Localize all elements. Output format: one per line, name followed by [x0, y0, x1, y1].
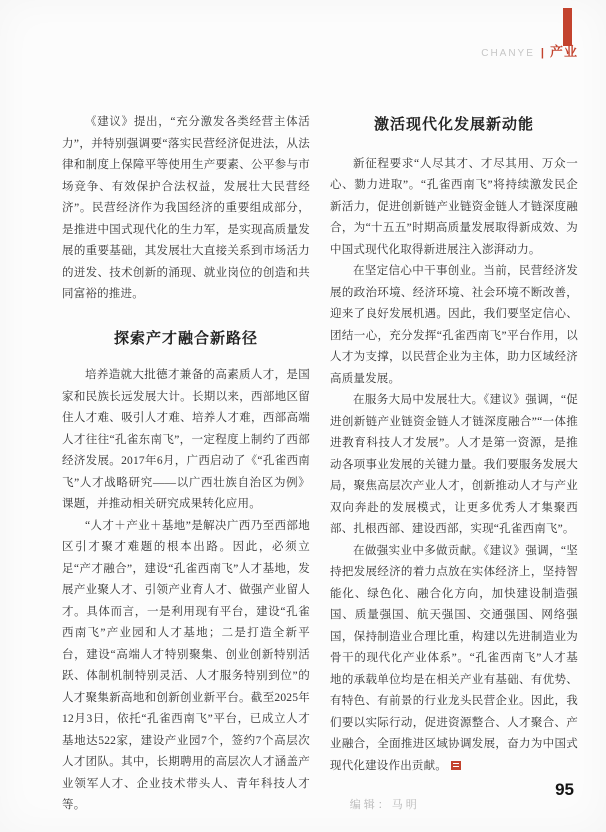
magazine-page: CHANYE | 产业 《建议》提出，“充分激发各类经营主体活力”，并特别强调要… — [0, 0, 606, 832]
body-paragraph: 培养造就大批德才兼备的高素质人才，是国家和民族长远发展大计。长期以来，西部地区留… — [62, 365, 310, 516]
journal-section-label-cn: 产业 — [550, 41, 578, 60]
paragraph-text: 在做强实业中多做贡献。《建议》强调，“坚持把发展经济的着力点放在实体经济上，坚持… — [330, 545, 578, 772]
body-paragraph: 在坚定信心中干事创业。当前，民营经济发展的政治环境、经济环境、社会环境不断改善，… — [330, 261, 578, 390]
body-paragraph: 在服务大局中发展壮大。《建议》强调，“促进创新链产业链资金链人才链深度融合”“一… — [330, 390, 578, 541]
intro-paragraph: 《建议》提出，“充分激发各类经营主体活力”，并特别强调要“落实民营经济促进法，从… — [62, 112, 310, 306]
page-header: CHANYE | 产业 — [481, 41, 578, 60]
header-separator: | — [541, 47, 544, 59]
section-title-left: 探索产才融合新路径 — [62, 328, 310, 350]
journal-section-label-en: CHANYE — [481, 48, 535, 59]
editor-credit: 编辑：马明 — [330, 795, 578, 817]
right-column: 激活现代化发展新动能 新征程要求“人尽其才、才尽其用、万众一心、勠力进取”。“孔… — [330, 112, 578, 817]
page-number: 95 — [555, 780, 574, 800]
section-title-right: 激活现代化发展新动能 — [330, 114, 578, 136]
left-column: 《建议》提出，“充分激发各类经营主体活力”，并特别强调要“落实民营经济促进法，从… — [62, 112, 310, 817]
body-paragraph-last: 在做强实业中多做贡献。《建议》强调，“坚持把发展经济的着力点放在实体经济上，坚持… — [330, 541, 578, 778]
body-paragraph: 新征程要求“人尽其才、才尽其用、万众一心、勠力进取”。“孔雀西南飞”将持续激发民… — [330, 154, 578, 262]
article-end-icon — [451, 761, 461, 770]
body-paragraph: “人才＋产业＋基地”是解决广西乃至西部地区引才聚才难题的根本出路。因此，必须立足… — [62, 516, 310, 817]
